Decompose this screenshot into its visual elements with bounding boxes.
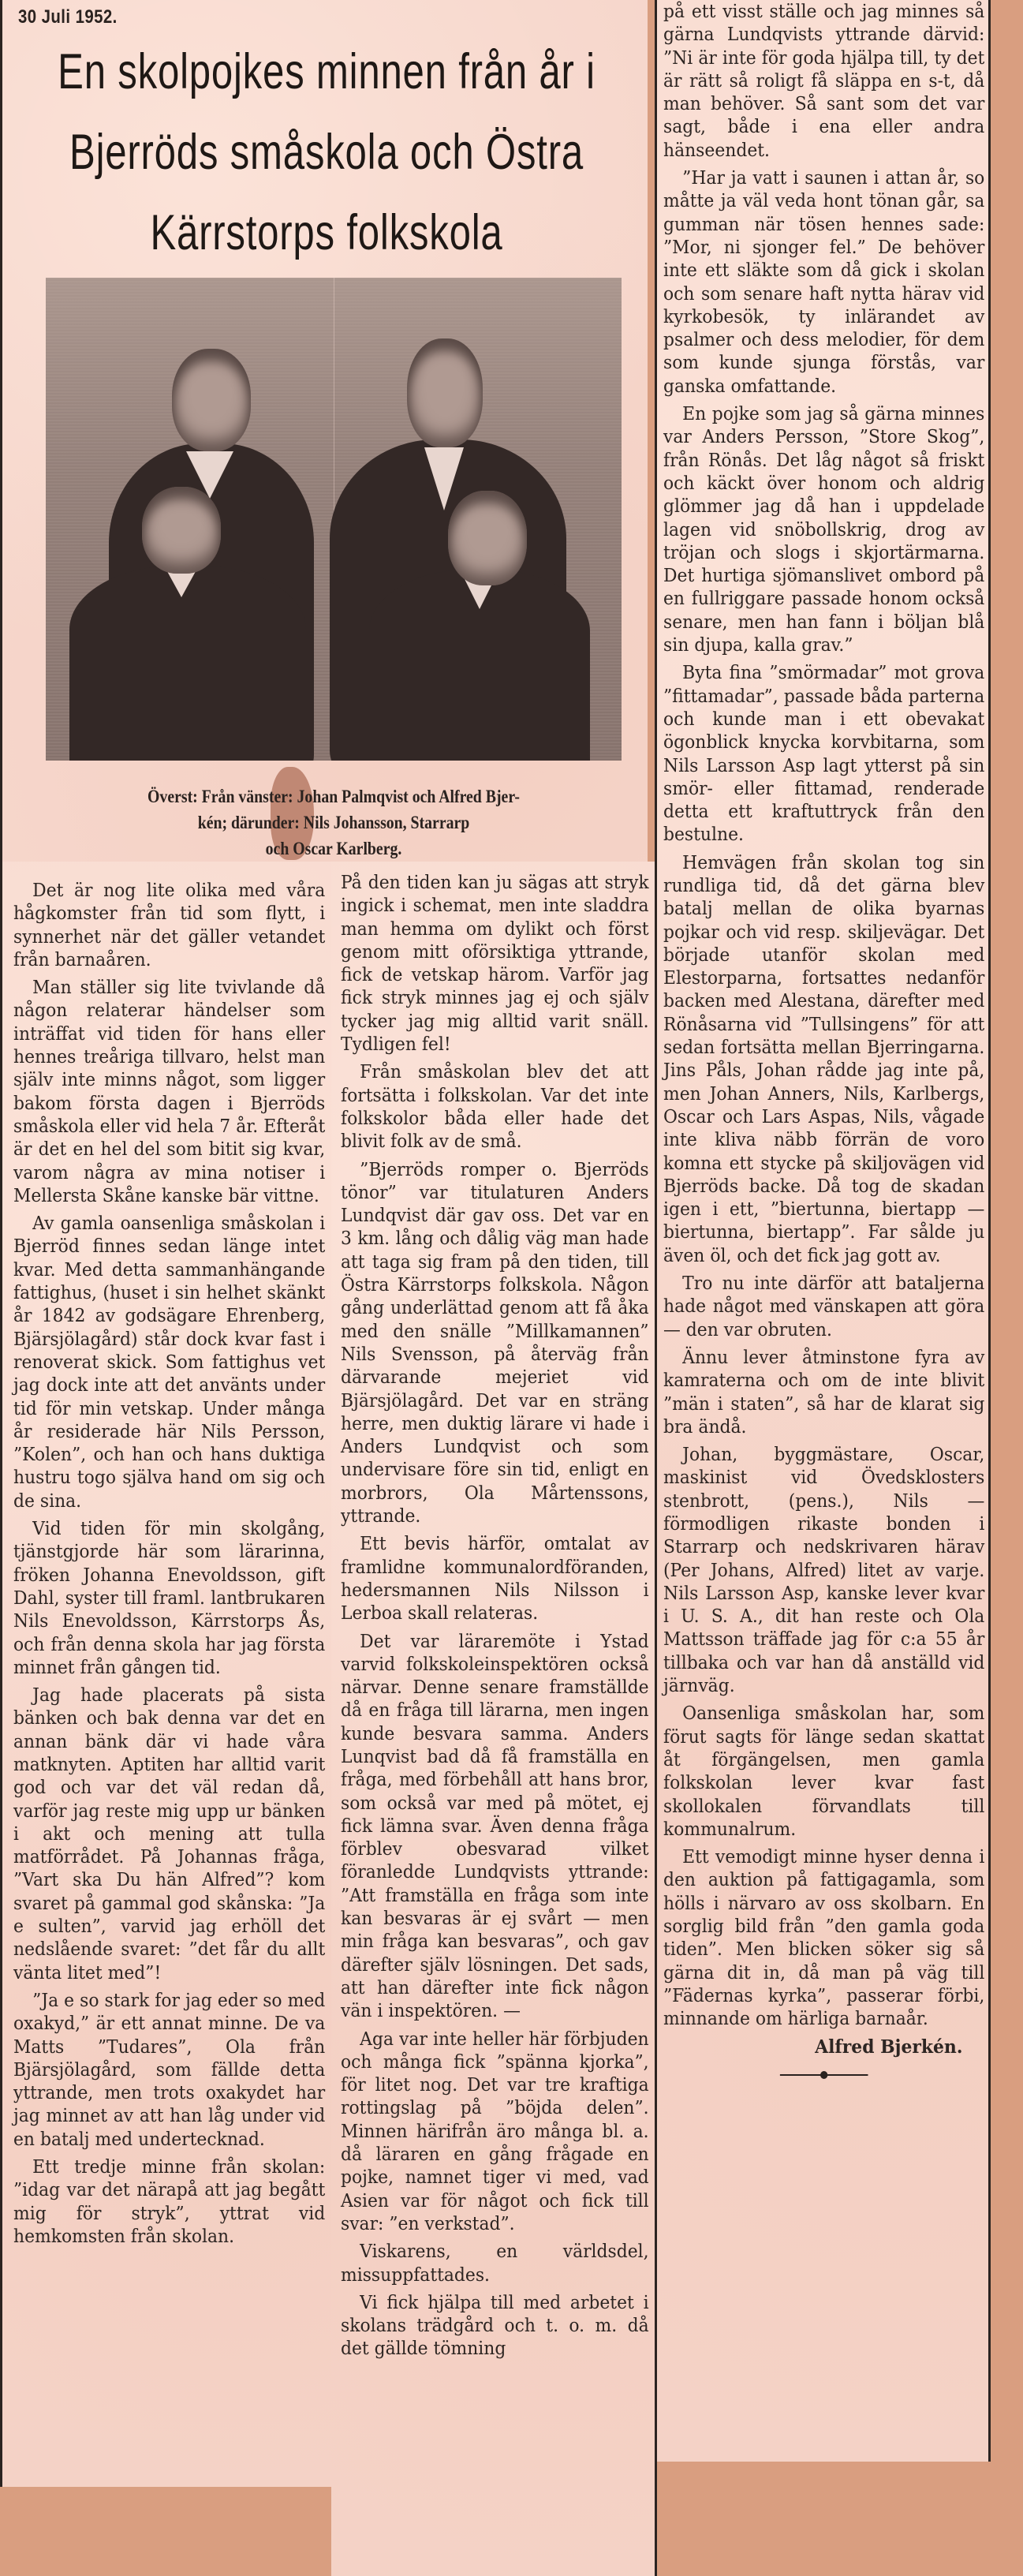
paragraph: på ett visst ställe och jag minnes så gä… [663,0,984,162]
person-bottom-right [345,475,598,761]
group-photo [46,278,622,761]
column-middle: På den tiden kan ju sägas att stryk ingi… [331,862,657,2576]
paragraph: Ännu lever åtminstone fyra av kamraterna… [663,1346,984,1438]
person-bottom-left [54,479,314,761]
column-right: på ett visst ställe och jag minnes så gä… [655,0,991,2462]
paragraph: Det är nog lite olika med våra hågkomste… [13,879,325,971]
paragraph: Det var läraremöte i Ystad varvid folksk… [341,1630,649,2023]
headline-line: Kärrstorps folkskola [9,193,643,273]
paragraph: ”Har ja vatt i saunen i attan år, so måt… [663,166,984,398]
paragraph: ”Bjerröds romper o. Bjerröds tönor” var … [341,1158,649,1528]
paragraph: Byta fina ”smörmadar” mot grova ”fittama… [663,661,984,846]
paragraph: Man ställer sig lite tvivlande då någon … [13,976,325,1207]
paragraph: Viskarens, en världsdel, missuppfattades… [341,2240,649,2286]
column-right-text: på ett visst ställe och jag minnes så gä… [663,0,984,2079]
paragraph: Ett vemodigt minne hyser denna i den auk… [663,1845,984,2030]
dateline: 30 Juli 1952. [18,6,118,28]
caption-line: kén; därunder: Nils Johansson, Starrarp [89,809,577,836]
article-header-block: 30 Juli 1952. En skolpojkes minnen från … [0,0,648,862]
paragraph: En pojke som jag så gärna minnes var And… [663,402,984,656]
author-signature: Alfred Bjerkén. [663,2036,984,2058]
paragraph: Från småskolan blev det att fortsätta i … [341,1060,649,1153]
photo-caption: Överst: Från vänster: Johan Palmqvist oc… [89,783,577,862]
headline-line: En skolpojkes minnen från år i [9,32,643,112]
paragraph: På den tiden kan ju sägas att stryk ingi… [341,871,649,1056]
paragraph: Aga var inte heller här förbjuden och må… [341,2028,649,2236]
paragraph: Vid tiden för min skolgång, tjänstgjorde… [13,1517,325,1679]
paragraph: Vi fick hjälpa till med arbetet i skolan… [341,2291,649,2361]
paragraph: Oansenliga småskolan har, som förut sagt… [663,1702,984,1841]
paragraph: Ett tredje minne från skolan: ”idag var … [13,2155,325,2248]
paragraph: Av gamla oansenliga småskolan i Bjerröd … [13,1212,325,1512]
headline-line: Bjerröds småskola och Östra [9,112,643,193]
paragraph: Hemvägen från skolan tog sin rundliga ti… [663,851,984,1267]
column-left-text: Det är nog lite olika med våra hågkomste… [13,879,325,2253]
paragraph: Jag hade placerats på sista bänken och b… [13,1684,325,1984]
headline: En skolpojkes minnen från år i Bjerröds … [9,32,643,273]
paragraph: ”Ja e so stark for jag eder so med oxaky… [13,1989,325,2151]
column-middle-text: På den tiden kan ju sägas att stryk ingi… [341,871,649,2365]
column-left: Det är nog lite olika med våra hågkomste… [0,862,335,2487]
paragraph: Ett bevis härför, omtalat av framlidne k… [341,1532,649,1624]
paragraph: Tro nu inte därför att bataljerna hade n… [663,1272,984,1341]
caption-line: Överst: Från vänster: Johan Palmqvist oc… [89,783,577,809]
caption-line: och Oscar Karlberg. [89,836,577,862]
paragraph: Johan, byggmästare, Oscar, maskinist vid… [663,1443,984,1697]
end-ornament [780,2071,868,2079]
